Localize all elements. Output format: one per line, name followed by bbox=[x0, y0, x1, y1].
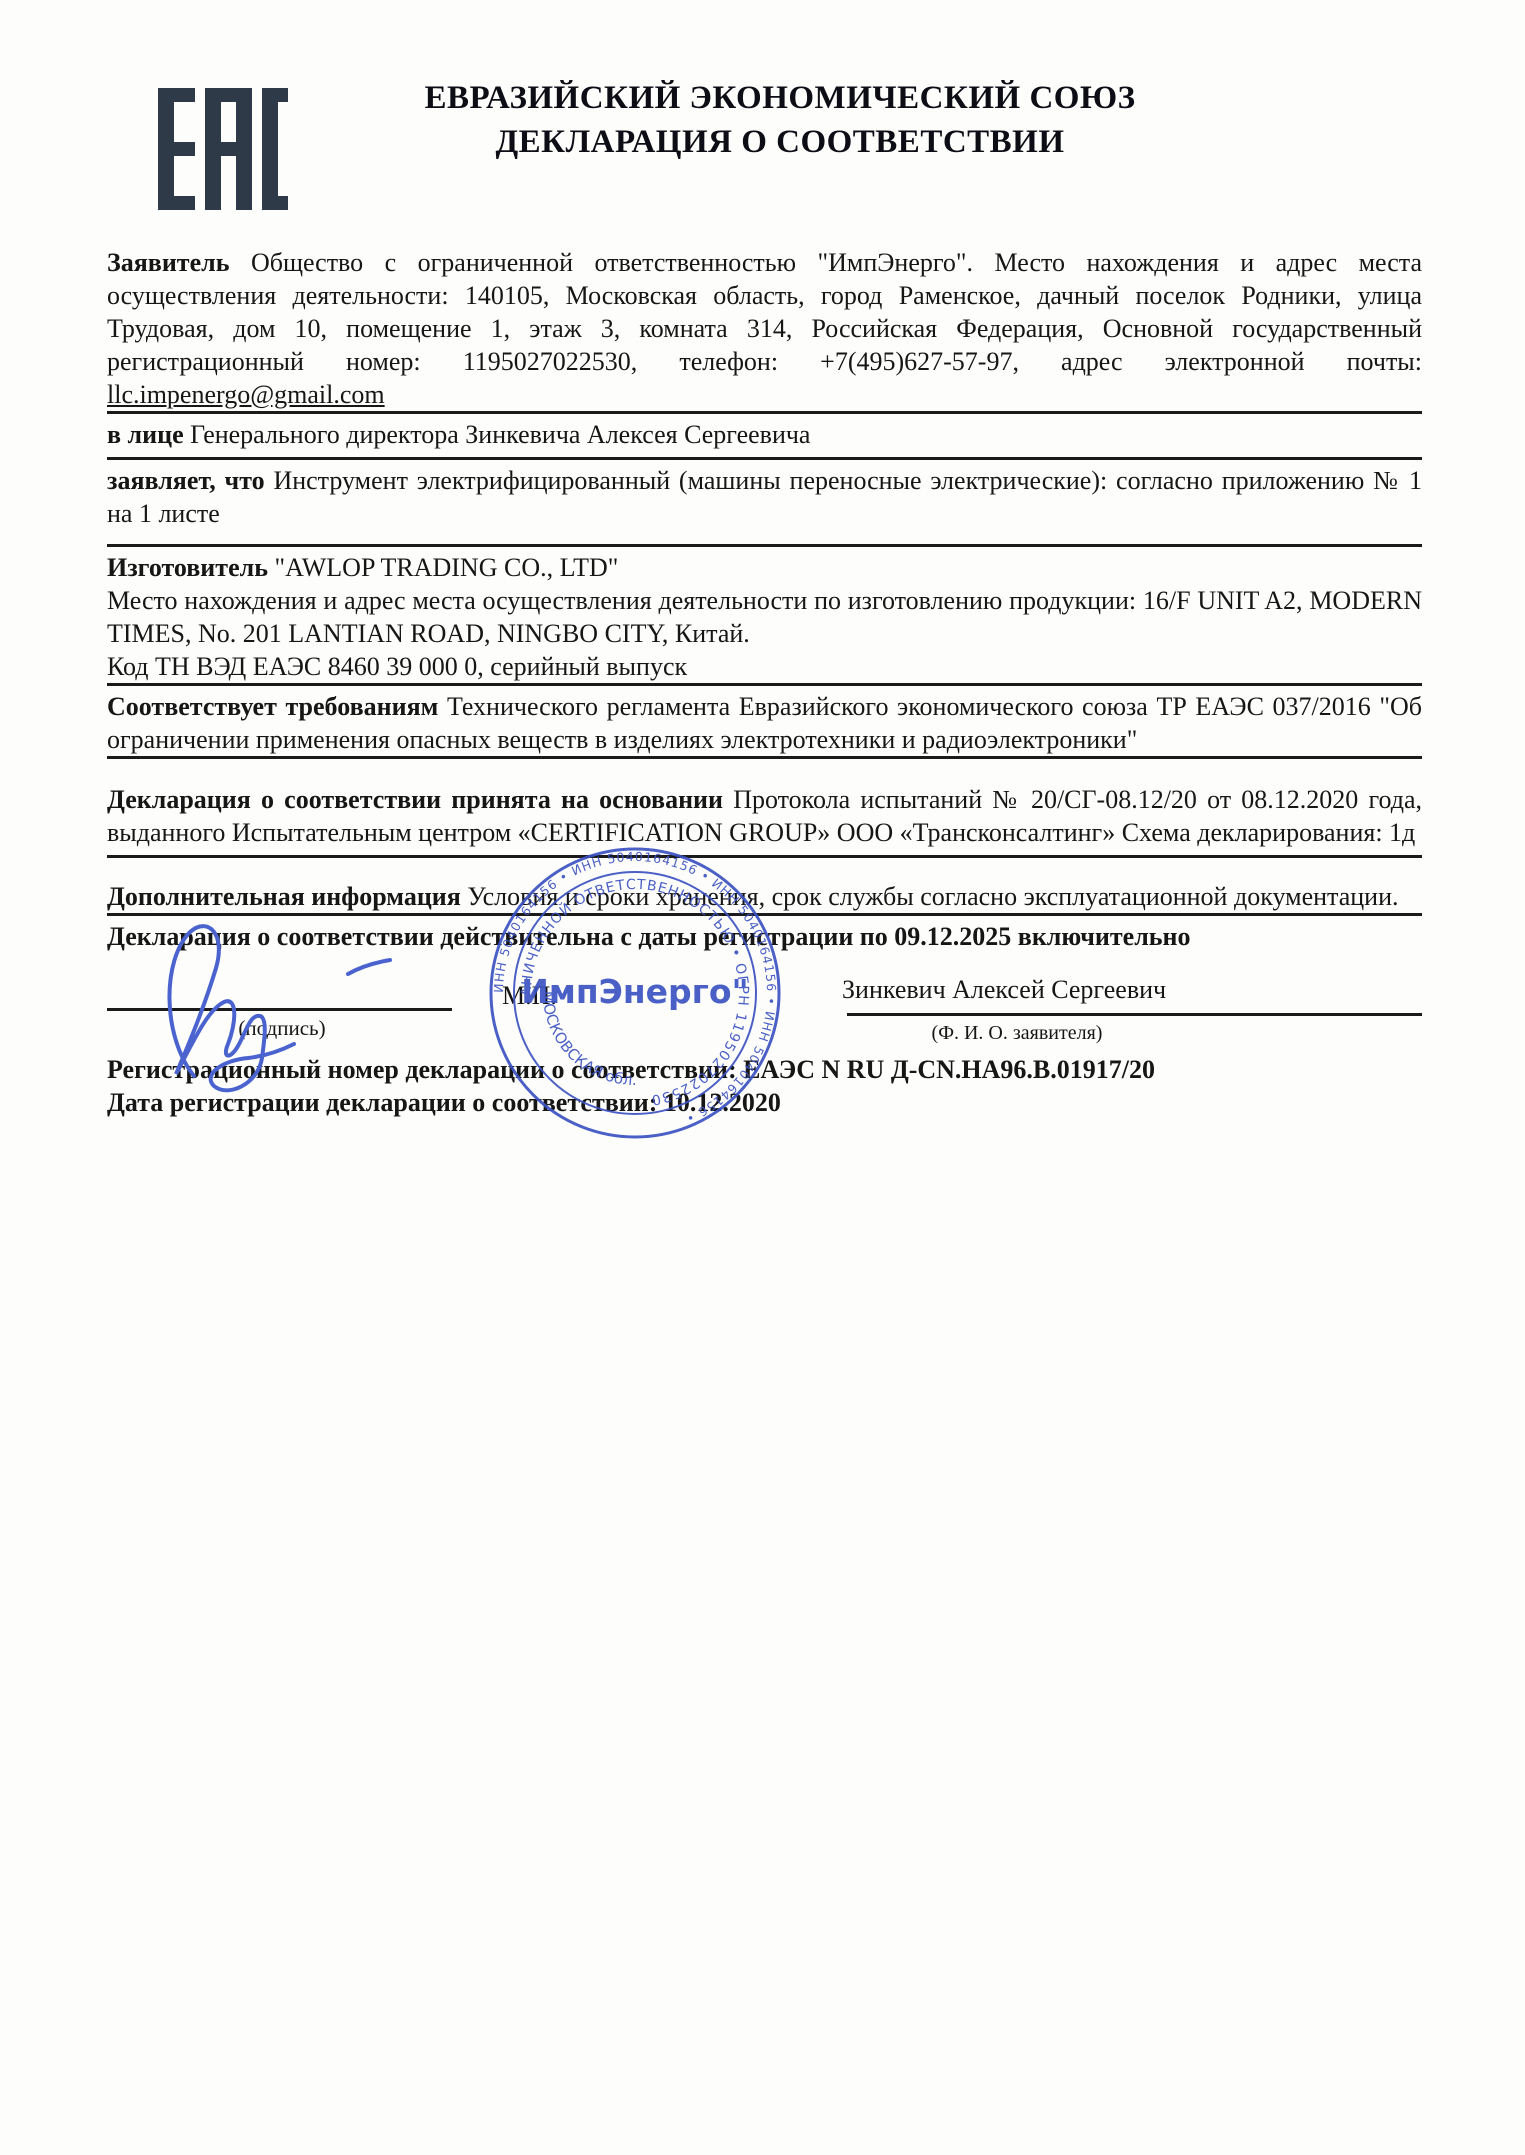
stamp-center-text: ИмпЭнерго" bbox=[521, 972, 749, 1011]
signing-area: (подпись) М.П. ИНН 5040164156 • ИНН 5040… bbox=[107, 953, 1422, 1053]
compliance-paragraph: Соответствует требованиям Технического р… bbox=[107, 686, 1422, 756]
person-text: Генерального директора Зинкевича Алексея… bbox=[190, 420, 810, 449]
manufacturer-label: Изготовитель bbox=[107, 553, 268, 582]
document-title: ЕВРАЗИЙСКИЙ ЭКОНОМИЧЕСКИЙ СОЮЗ ДЕКЛАРАЦИ… bbox=[35, 76, 1525, 164]
company-stamp: ИНН 5040164156 • ИНН 5040164156 • ИНН 50… bbox=[485, 843, 785, 1143]
applicant-email: llc.impenergo@gmail.com bbox=[107, 380, 385, 409]
title-line-union: ЕВРАЗИЙСКИЙ ЭКОНОМИЧЕСКИЙ СОЮЗ bbox=[35, 76, 1525, 120]
manufacturer-line: Изготовитель "AWLOP TRADING CO., LTD" bbox=[107, 551, 1422, 584]
basis-paragraph: Декларация о соответствии принята на осн… bbox=[107, 759, 1422, 855]
basis-label: Декларация о соответствии принята на осн… bbox=[107, 785, 723, 814]
handwritten-signature bbox=[132, 908, 452, 1098]
applicant-paragraph: Заявитель Общество с ограниченной ответс… bbox=[107, 246, 1422, 411]
declares-paragraph: заявляет, что Инструмент электрифицирова… bbox=[107, 460, 1422, 544]
manufacturer-section: Изготовитель "AWLOP TRADING CO., LTD" Ме… bbox=[107, 547, 1422, 683]
additional-label: Дополнительная информация bbox=[107, 882, 461, 911]
compliance-label: Соответствует требованиям bbox=[107, 692, 438, 721]
declares-label: заявляет, что bbox=[107, 466, 265, 495]
document-body: Заявитель Общество с ограниченной ответс… bbox=[107, 246, 1422, 1119]
fullname-caption: (Ф. И. О. заявителя) bbox=[857, 1017, 1177, 1050]
applicant-fullname: Зинкевич Алексей Сергеевич bbox=[842, 973, 1166, 1006]
applicant-text: Общество с ограниченной ответственностью… bbox=[107, 248, 1422, 376]
declares-text: Инструмент электрифицированный (машины п… bbox=[107, 466, 1422, 528]
person-label: в лице bbox=[107, 420, 184, 449]
applicant-label: Заявитель bbox=[107, 248, 229, 277]
title-line-declaration: ДЕКЛАРАЦИЯ О СООТВЕТСТВИИ bbox=[35, 120, 1525, 164]
person-paragraph: в лице Генерального директора Зинкевича … bbox=[107, 414, 1422, 457]
fullname-line bbox=[847, 1013, 1422, 1016]
manufacturer-name: "AWLOP TRADING CO., LTD" bbox=[274, 553, 618, 582]
declaration-document: ЕВРАЗИЙСКИЙ ЭКОНОМИЧЕСКИЙ СОЮЗ ДЕКЛАРАЦИ… bbox=[0, 0, 1525, 2155]
manufacturer-address: Место нахождения и адрес места осуществл… bbox=[107, 584, 1422, 650]
manufacturer-code: Код ТН ВЭД ЕАЭС 8460 39 000 0, серийный … bbox=[107, 650, 1422, 683]
